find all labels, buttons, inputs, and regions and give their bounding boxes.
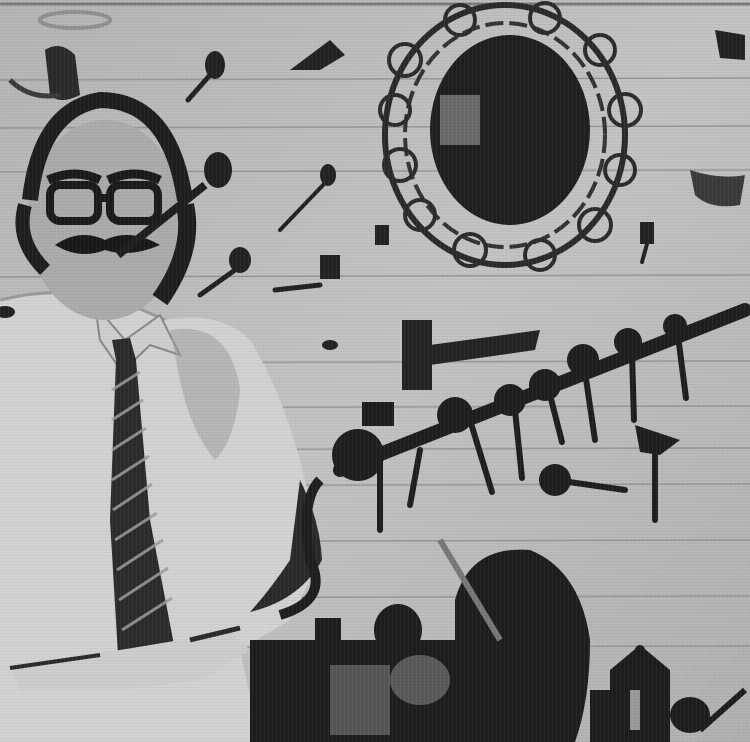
photo-illustration — [0, 0, 750, 742]
newspaper-photo — [0, 0, 750, 742]
